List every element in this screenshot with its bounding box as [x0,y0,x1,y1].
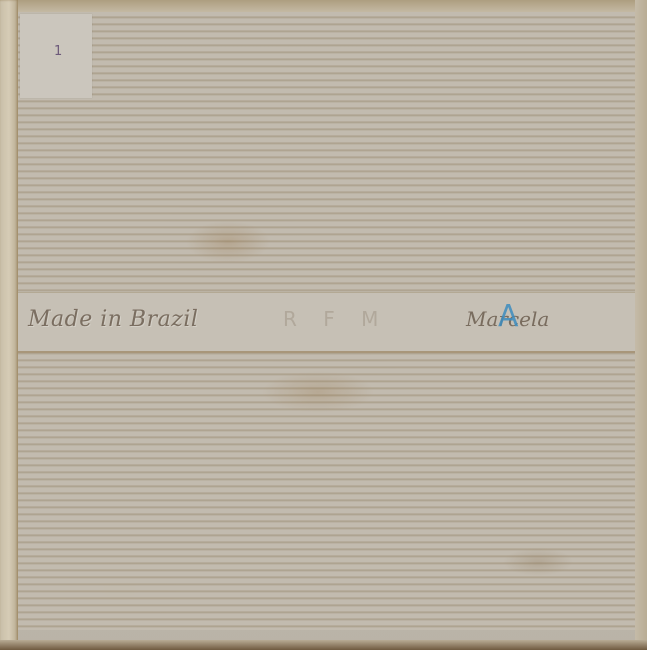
stamp-faint-letters: R F M [283,307,388,331]
tile-top-edge [0,0,647,12]
tile-right-edge [635,0,647,650]
tile-back-photo: 1 Made in Brazil R F M Marcela A [0,0,647,650]
manufacturer-stamp-band: Made in Brazil R F M Marcela A [18,292,635,353]
blue-ink-mark: A [498,299,519,334]
tile-left-edge [0,0,18,650]
tile-bottom-edge [0,640,647,650]
stamp-origin-text: Made in Brazil [28,307,198,332]
sticker-handwritten-mark: 1 [54,44,62,59]
paper-sticker: 1 [20,14,92,98]
